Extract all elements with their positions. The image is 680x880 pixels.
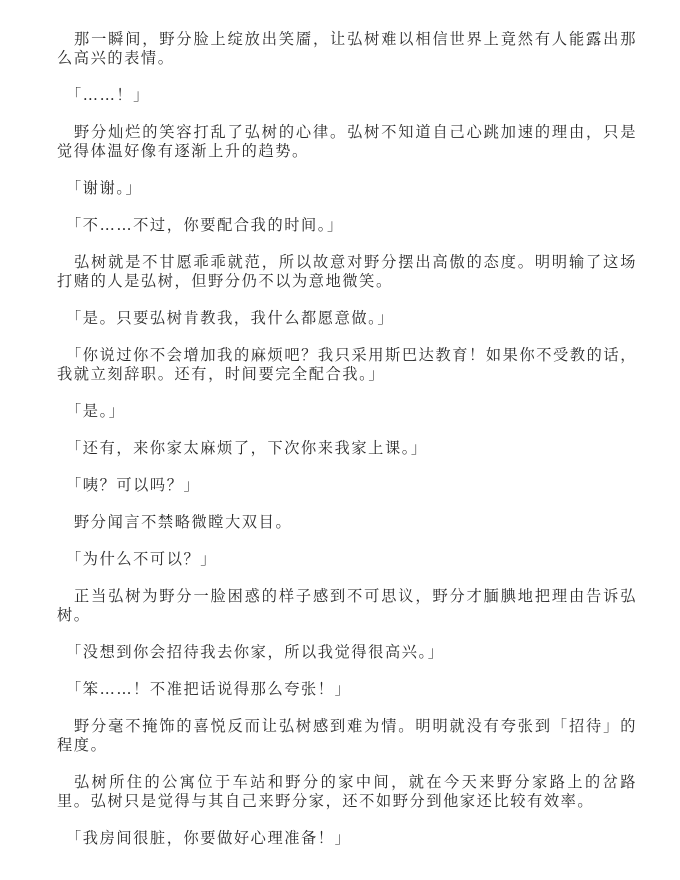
dialogue-line: 「咦？可以吗？」 <box>57 476 637 495</box>
dialogue-line: 「谢谢。」 <box>57 179 637 198</box>
dialogue-line: 「是。」 <box>57 402 637 421</box>
dialogue-line: 「不……不过，你要配合我的时间。」 <box>57 216 637 235</box>
dialogue-line: 「我房间很脏，你要做好心理准备！」 <box>57 829 637 848</box>
narration-paragraph: 弘树所住的公寓位于车站和野分的家中间，就在今天来野分家路上的岔路里。弘树只是觉得… <box>57 773 637 811</box>
dialogue-line: 「没想到你会招待我去你家，所以我觉得很高兴。」 <box>57 643 637 662</box>
narration-paragraph: 野分灿烂的笑容打乱了弘树的心律。弘树不知道自己心跳加速的理由，只是觉得体温好像有… <box>57 123 637 161</box>
dialogue-line: 「笨……！不准把话说得那么夸张！」 <box>57 680 637 699</box>
dialogue-line: 「是。只要弘树肯教我，我什么都愿意做。」 <box>57 309 637 328</box>
book-page: 那一瞬间，野分脸上绽放出笑靥，让弘树难以相信世界上竟然有人能露出那么高兴的表情。… <box>57 30 637 866</box>
dialogue-line: 「还有，来你家太麻烦了，下次你来我家上课。」 <box>57 439 637 458</box>
dialogue-line: 「为什么不可以？」 <box>57 550 637 569</box>
narration-paragraph: 正当弘树为野分一脸困惑的样子感到不可思议，野分才腼腆地把理由告诉弘树。 <box>57 587 637 625</box>
dialogue-line: 「……！」 <box>57 86 637 105</box>
narration-paragraph: 那一瞬间，野分脸上绽放出笑靥，让弘树难以相信世界上竟然有人能露出那么高兴的表情。 <box>57 30 637 68</box>
dialogue-line: 「你说过你不会增加我的麻烦吧？我只采用斯巴达教育！如果你不受教的话，我就立刻辞职… <box>57 346 637 384</box>
narration-paragraph: 野分闻言不禁略微瞠大双目。 <box>57 513 637 532</box>
narration-paragraph: 野分毫不掩饰的喜悦反而让弘树感到难为情。明明就没有夸张到「招待」的程度。 <box>57 717 637 755</box>
narration-paragraph: 弘树就是不甘愿乖乖就范，所以故意对野分摆出高傲的态度。明明输了这场打赌的人是弘树… <box>57 253 637 291</box>
